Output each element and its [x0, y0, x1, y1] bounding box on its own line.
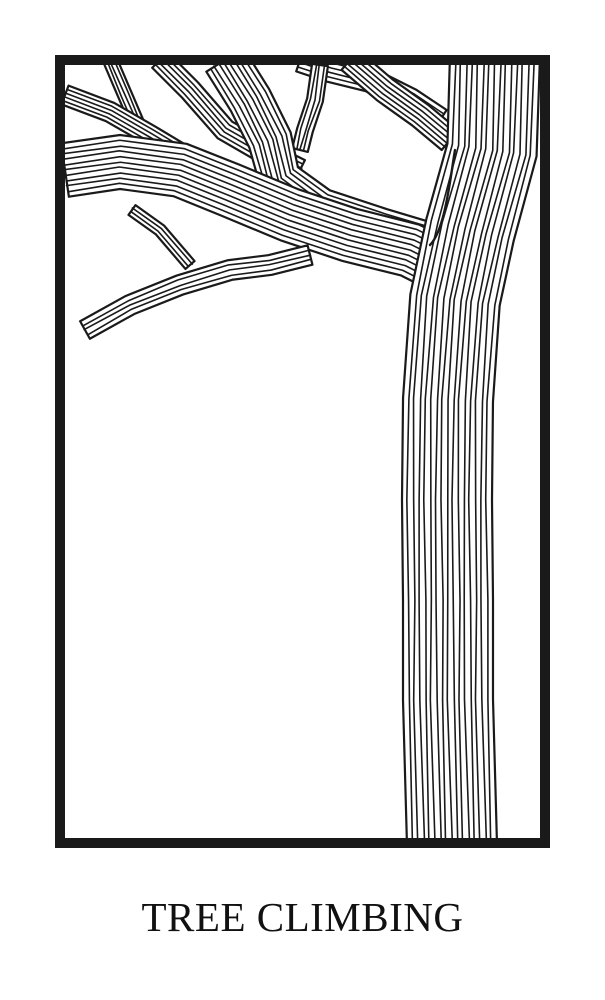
- card-title: TREE CLIMBING: [0, 893, 605, 941]
- tree-climbing-card: TREE CLIMBING: [0, 0, 605, 1000]
- tree-illustration: [55, 55, 550, 848]
- illustration-frame: [55, 55, 550, 848]
